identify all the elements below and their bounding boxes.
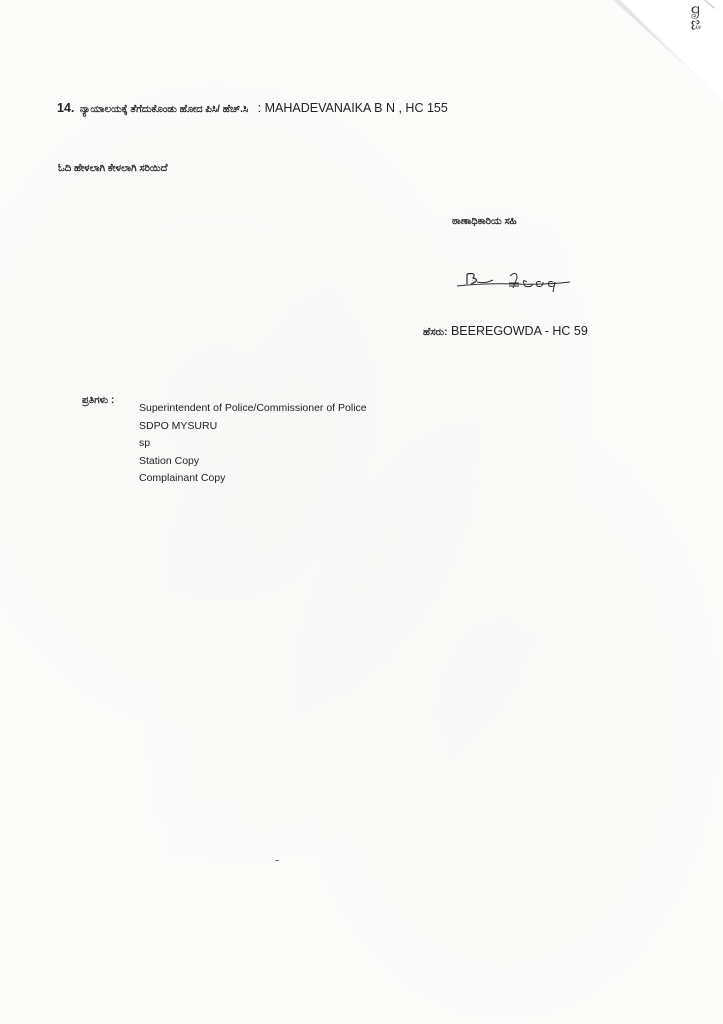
officer-name-value: BEEREGOWDA - HC 59 [451, 324, 588, 338]
recipient-item: Complainant Copy [139, 470, 367, 488]
scan-speck [275, 860, 279, 861]
copies-recipient-list: Superintendent of Police/Commissioner of… [139, 400, 367, 488]
officer-name-label: ಹೆಸರು: [423, 327, 447, 338]
read-statement: ಓದಿ ಹೇಳಲಾಗಿ ಕೇಳಲಾಗಿ ಸರಿಯಿದೆ [58, 163, 168, 174]
recipient-item: SDPO MYSURU [139, 418, 367, 436]
signature-image [455, 266, 575, 294]
officer-signature-label: ಠಾಣಾಧಿಕಾರಿಯ ಸಹಿ [452, 216, 517, 227]
item-14-court-constable: 14. ನ್ಯಾಯಾಲಯಕ್ಕೆ ತೆಗೆದುಕೊಂಡು ಹೋದ ಪಿಸಿ/ ಹ… [57, 101, 448, 115]
recipient-item: Superintendent of Police/Commissioner of… [139, 400, 367, 418]
recipient-item: sp [139, 435, 367, 453]
document-page [0, 0, 723, 1024]
recipient-item: Station Copy [139, 453, 367, 471]
item-separator: : [258, 101, 261, 115]
officer-name: ಹೆಸರು: BEEREGOWDA - HC 59 [423, 324, 588, 338]
copies-label: ಪ್ರತಿಗಳು : [82, 395, 114, 406]
item-value: MAHADEVANAIKA B N , HC 155 [265, 101, 448, 115]
item-number: 14. [57, 101, 74, 115]
handwritten-corner-mark: ರಾಜಿ [687, 6, 707, 31]
item-label: ನ್ಯಾಯಾಲಯಕ್ಕೆ ತೆಗೆದುಕೊಂಡು ಹೋದ ಪಿಸಿ/ ಹೆಚ್.… [80, 104, 248, 115]
